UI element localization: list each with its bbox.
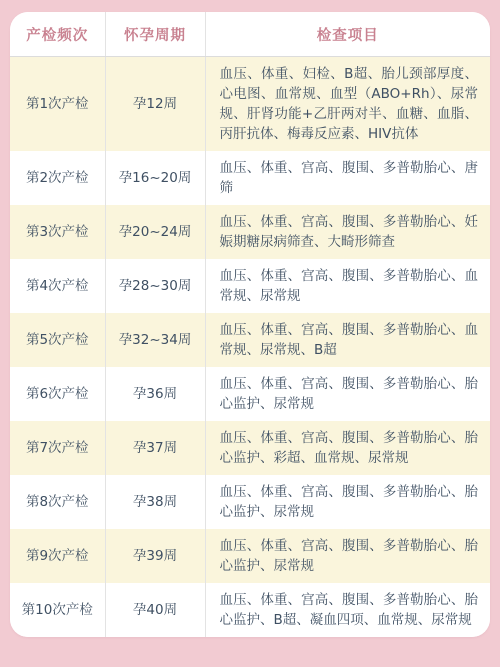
table-header: 产检频次 怀孕周期 检查项目 bbox=[10, 12, 490, 57]
schedule-card: 产检频次 怀孕周期 检查项目 第1次产检 孕12周 血压、体重、妇检、B超、胎儿… bbox=[10, 12, 490, 637]
week-cell: 孕39周 bbox=[105, 529, 205, 583]
items-cell: 血压、体重、宫高、腹围、多普勒胎心、胎心监护、彩超、血常规、尿常规 bbox=[205, 421, 490, 475]
visit-cell: 第4次产检 bbox=[10, 259, 105, 313]
visit-cell: 第8次产检 bbox=[10, 475, 105, 529]
column-header-check-items: 检查项目 bbox=[205, 12, 490, 57]
header-row: 产检频次 怀孕周期 检查项目 bbox=[10, 12, 490, 57]
prenatal-schedule-table: 产检频次 怀孕周期 检查项目 第1次产检 孕12周 血压、体重、妇检、B超、胎儿… bbox=[10, 12, 490, 637]
week-cell: 孕32~34周 bbox=[105, 313, 205, 367]
week-cell: 孕12周 bbox=[105, 57, 205, 152]
table-row: 第2次产检 孕16~20周 血压、体重、宫高、腹围、多普勒胎心、唐筛 bbox=[10, 151, 490, 205]
table-row: 第9次产检 孕39周 血压、体重、宫高、腹围、多普勒胎心、胎心监护、尿常规 bbox=[10, 529, 490, 583]
visit-cell: 第7次产检 bbox=[10, 421, 105, 475]
visit-cell: 第6次产检 bbox=[10, 367, 105, 421]
table-row: 第4次产检 孕28~30周 血压、体重、宫高、腹围、多普勒胎心、血常规、尿常规 bbox=[10, 259, 490, 313]
visit-cell: 第9次产检 bbox=[10, 529, 105, 583]
week-cell: 孕16~20周 bbox=[105, 151, 205, 205]
table-body: 第1次产检 孕12周 血压、体重、妇检、B超、胎儿颈部厚度、心电图、血常规、血型… bbox=[10, 57, 490, 638]
items-cell: 血压、体重、宫高、腹围、多普勒胎心、胎心监护、尿常规 bbox=[205, 367, 490, 421]
table-row: 第7次产检 孕37周 血压、体重、宫高、腹围、多普勒胎心、胎心监护、彩超、血常规… bbox=[10, 421, 490, 475]
visit-cell: 第10次产检 bbox=[10, 583, 105, 637]
table-row: 第8次产检 孕38周 血压、体重、宫高、腹围、多普勒胎心、胎心监护、尿常规 bbox=[10, 475, 490, 529]
week-cell: 孕36周 bbox=[105, 367, 205, 421]
items-cell: 血压、体重、宫高、腹围、多普勒胎心、胎心监护、尿常规 bbox=[205, 529, 490, 583]
week-cell: 孕38周 bbox=[105, 475, 205, 529]
table-row: 第3次产检 孕20~24周 血压、体重、宫高、腹围、多普勒胎心、妊娠期糖尿病筛查… bbox=[10, 205, 490, 259]
table-row: 第1次产检 孕12周 血压、体重、妇检、B超、胎儿颈部厚度、心电图、血常规、血型… bbox=[10, 57, 490, 152]
visit-cell: 第1次产检 bbox=[10, 57, 105, 152]
items-cell: 血压、体重、宫高、腹围、多普勒胎心、血常规、尿常规、B超 bbox=[205, 313, 490, 367]
items-cell: 血压、体重、宫高、腹围、多普勒胎心、胎心监护、B超、凝血四项、血常规、尿常规 bbox=[205, 583, 490, 637]
items-cell: 血压、体重、宫高、腹围、多普勒胎心、血常规、尿常规 bbox=[205, 259, 490, 313]
column-header-pregnancy-week: 怀孕周期 bbox=[105, 12, 205, 57]
visit-cell: 第2次产检 bbox=[10, 151, 105, 205]
visit-cell: 第3次产检 bbox=[10, 205, 105, 259]
week-cell: 孕40周 bbox=[105, 583, 205, 637]
week-cell: 孕20~24周 bbox=[105, 205, 205, 259]
visit-cell: 第5次产检 bbox=[10, 313, 105, 367]
table-row: 第10次产检 孕40周 血压、体重、宫高、腹围、多普勒胎心、胎心监护、B超、凝血… bbox=[10, 583, 490, 637]
week-cell: 孕37周 bbox=[105, 421, 205, 475]
items-cell: 血压、体重、宫高、腹围、多普勒胎心、唐筛 bbox=[205, 151, 490, 205]
week-cell: 孕28~30周 bbox=[105, 259, 205, 313]
table-row: 第5次产检 孕32~34周 血压、体重、宫高、腹围、多普勒胎心、血常规、尿常规、… bbox=[10, 313, 490, 367]
items-cell: 血压、体重、妇检、B超、胎儿颈部厚度、心电图、血常规、血型（ABO+Rh）、尿常… bbox=[205, 57, 490, 152]
column-header-visit-frequency: 产检频次 bbox=[10, 12, 105, 57]
table-row: 第6次产检 孕36周 血压、体重、宫高、腹围、多普勒胎心、胎心监护、尿常规 bbox=[10, 367, 490, 421]
items-cell: 血压、体重、宫高、腹围、多普勒胎心、胎心监护、尿常规 bbox=[205, 475, 490, 529]
items-cell: 血压、体重、宫高、腹围、多普勒胎心、妊娠期糖尿病筛查、大畸形筛查 bbox=[205, 205, 490, 259]
